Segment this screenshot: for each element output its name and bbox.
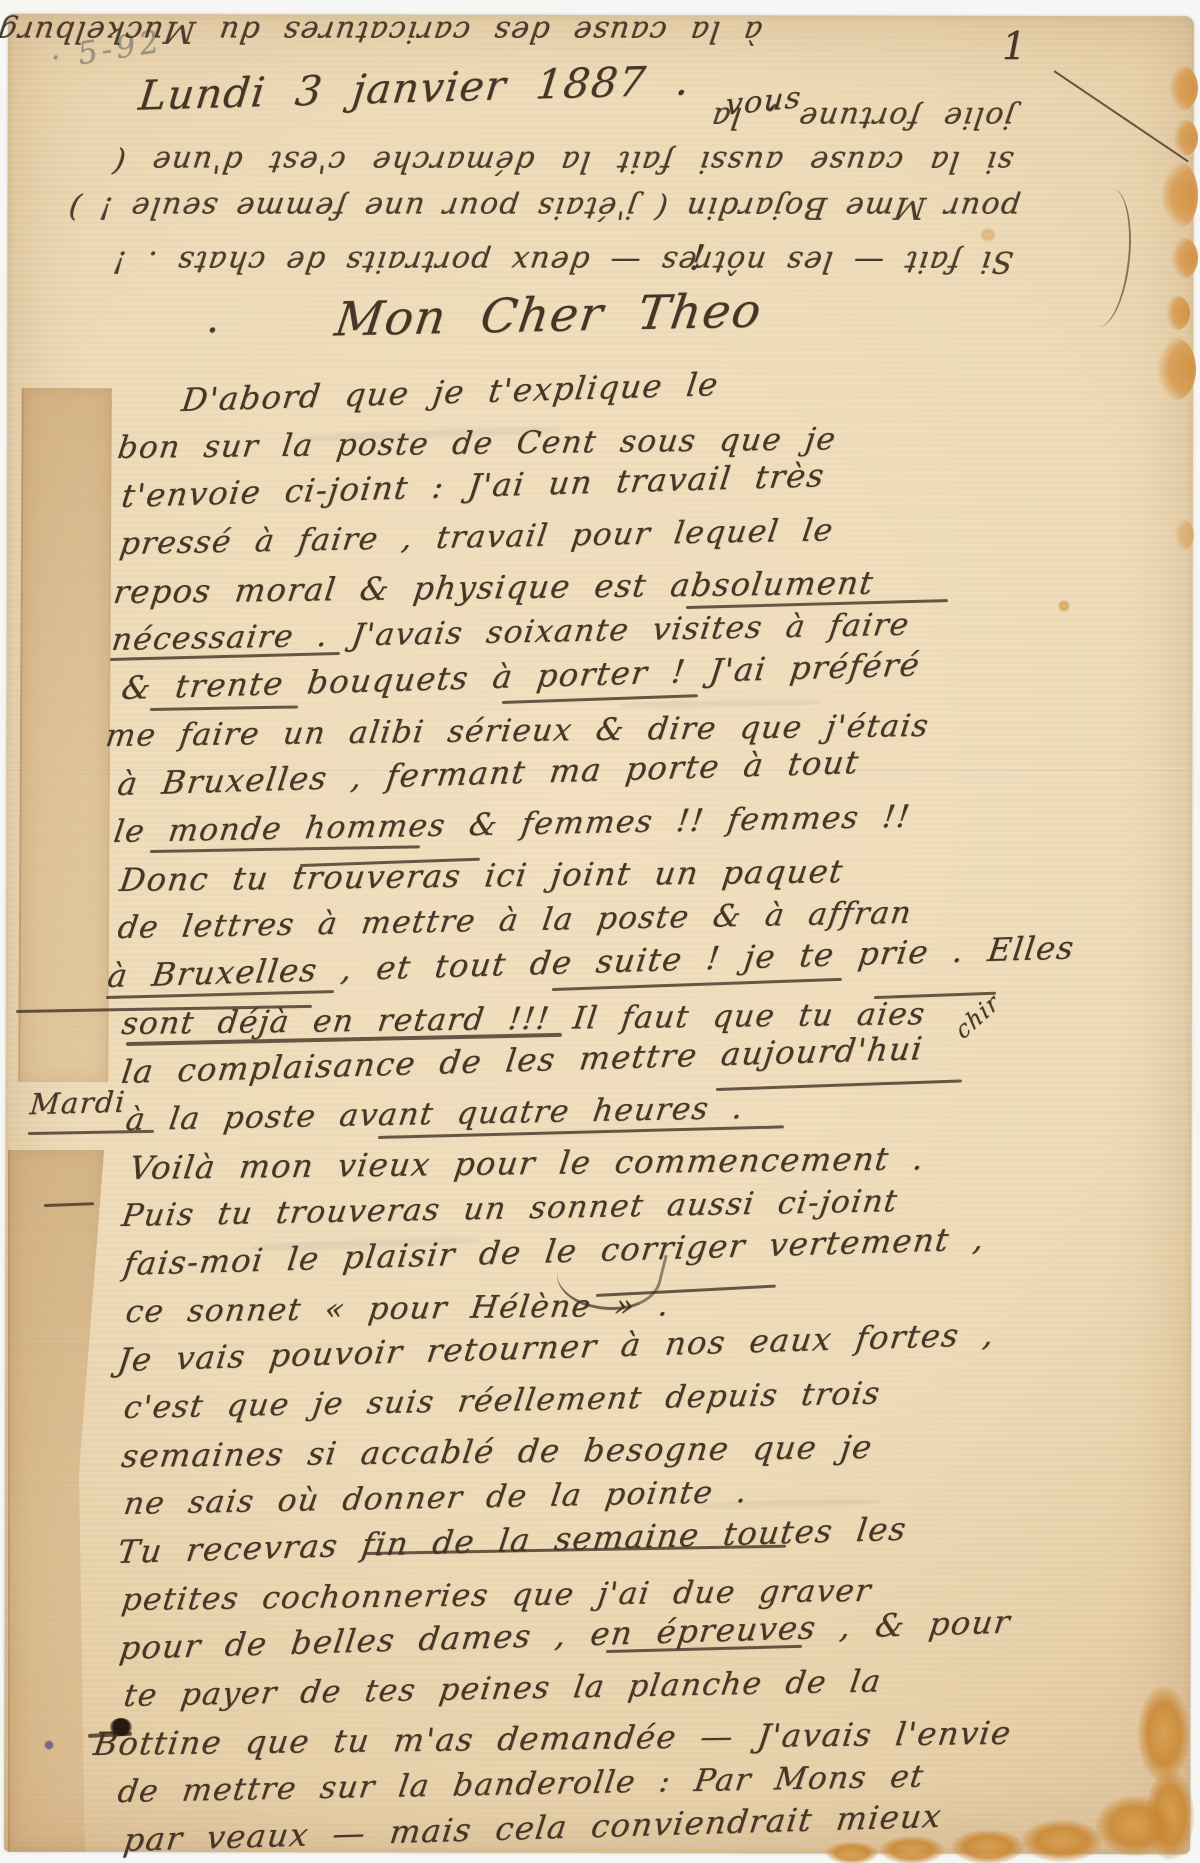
salutation-dot: . [206, 296, 220, 342]
margin-note-mardi: Mardi [29, 1085, 128, 1121]
letter-line: pressé à faire , travail pour lequel le [112, 520, 1032, 568]
letter-page: · 5-92 1 à la cause des caricatures du M… [0, 0, 1200, 1863]
page-number: 1 [1002, 24, 1028, 68]
stain [1164, 296, 1190, 330]
salutation: Mon Cher Theo [332, 284, 766, 348]
tape-repair-strip [18, 388, 112, 1082]
inverted-line: à la cause des caricatures du Muckelburg [148, 14, 765, 49]
stain [1096, 1796, 1174, 1856]
stain [1170, 238, 1198, 278]
stain [1168, 66, 1198, 110]
letter-line: c'est que je suis réellement depuis troi… [112, 1384, 1032, 1432]
stain [980, 228, 996, 242]
inverted-line: Si fait — les nôtres — deux portraits de… [56, 244, 1016, 279]
stain [1058, 600, 1070, 612]
letter-line: Tu recevras fin de la semaine toutes les [112, 1528, 1032, 1576]
letter-body: D'abord que je t'explique le bon sur la … [112, 376, 1032, 1863]
stain [1174, 520, 1194, 550]
letter-line: par veaux — mais cela conviendrait mieux [112, 1816, 1032, 1863]
inverted-line: jolie fortune , la [780, 100, 1017, 135]
inverted-line: pour Mme Bojardin ( j'étais pour une fem… [26, 190, 1023, 225]
stain [44, 1740, 54, 1750]
stain [1172, 120, 1198, 156]
stain [1022, 1820, 1102, 1862]
stain [1162, 162, 1198, 228]
ink-blot [110, 1718, 132, 1736]
stain [1156, 338, 1196, 400]
stain [1138, 1686, 1190, 1782]
letter-line: D'abord que je t'explique le [112, 376, 1032, 424]
inverted-line: si la cause aussi fait la démarche c'est… [26, 144, 1016, 179]
